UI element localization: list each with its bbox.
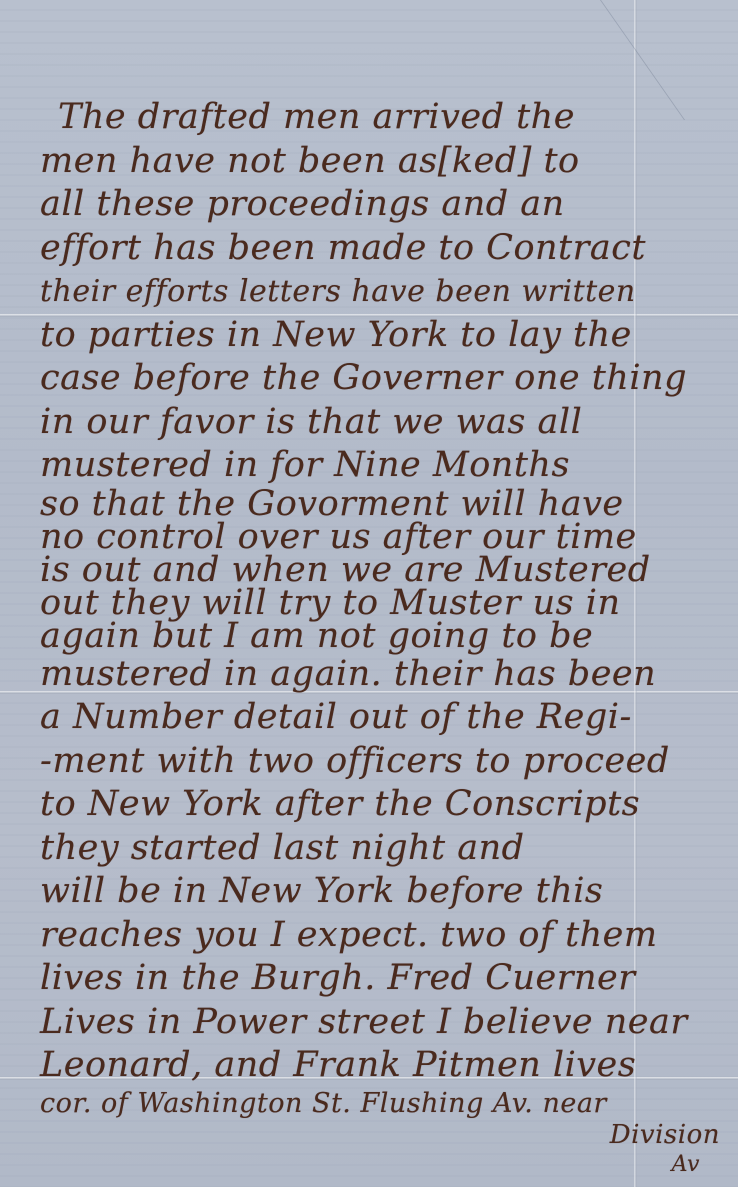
letter-line: to parties in New York to lay the bbox=[40, 314, 730, 358]
letter-line: in our favor is that we was all bbox=[40, 401, 730, 445]
letter-body: The drafted men arrived the men have not… bbox=[40, 96, 730, 1180]
letter-line: Av bbox=[40, 1150, 730, 1180]
letter-line: lives in the Burgh. Fred Cuerner bbox=[40, 957, 730, 1001]
letter-line: will be in New York before this bbox=[40, 870, 730, 914]
letter-line: their efforts letters have been written bbox=[40, 270, 730, 314]
letter-line: to New York after the Conscripts bbox=[40, 783, 730, 827]
letter-line: mustered in for Nine Months bbox=[40, 444, 730, 488]
letter-paper: The drafted men arrived the men have not… bbox=[0, 0, 738, 1187]
letter-line: no control over us after our time bbox=[40, 521, 730, 554]
letter-line: -ment with two officers to proceed bbox=[40, 740, 730, 784]
letter-line: cor. of Washington St. Flushing Av. near bbox=[40, 1088, 730, 1120]
letter-line: is out and when we are Mustered bbox=[40, 554, 730, 587]
letter-line: all these proceedings and an bbox=[40, 183, 730, 227]
letter-line: so that the Govorment will have bbox=[40, 488, 730, 521]
letter-line: again but I am not going to be bbox=[40, 620, 730, 653]
letter-line: case before the Governer one thing bbox=[40, 357, 730, 401]
letter-line: men have not been as[ked] to bbox=[40, 140, 730, 184]
letter-line: Leonard, and Frank Pitmen lives bbox=[40, 1044, 730, 1088]
letter-line: Division bbox=[40, 1120, 730, 1150]
letter-line: a Number detail out of the Regi- bbox=[40, 696, 730, 740]
letter-line: reaches you I expect. two of them bbox=[40, 914, 730, 958]
letter-line: they started last night and bbox=[40, 827, 730, 871]
letter-line: effort has been made to Contract bbox=[40, 227, 730, 271]
letter-line: mustered in again. their has been bbox=[40, 653, 730, 697]
letter-line: out they will try to Muster us in bbox=[40, 587, 730, 620]
letter-line: Lives in Power street I believe near bbox=[40, 1001, 730, 1045]
letter-line: The drafted men arrived the bbox=[40, 96, 730, 140]
